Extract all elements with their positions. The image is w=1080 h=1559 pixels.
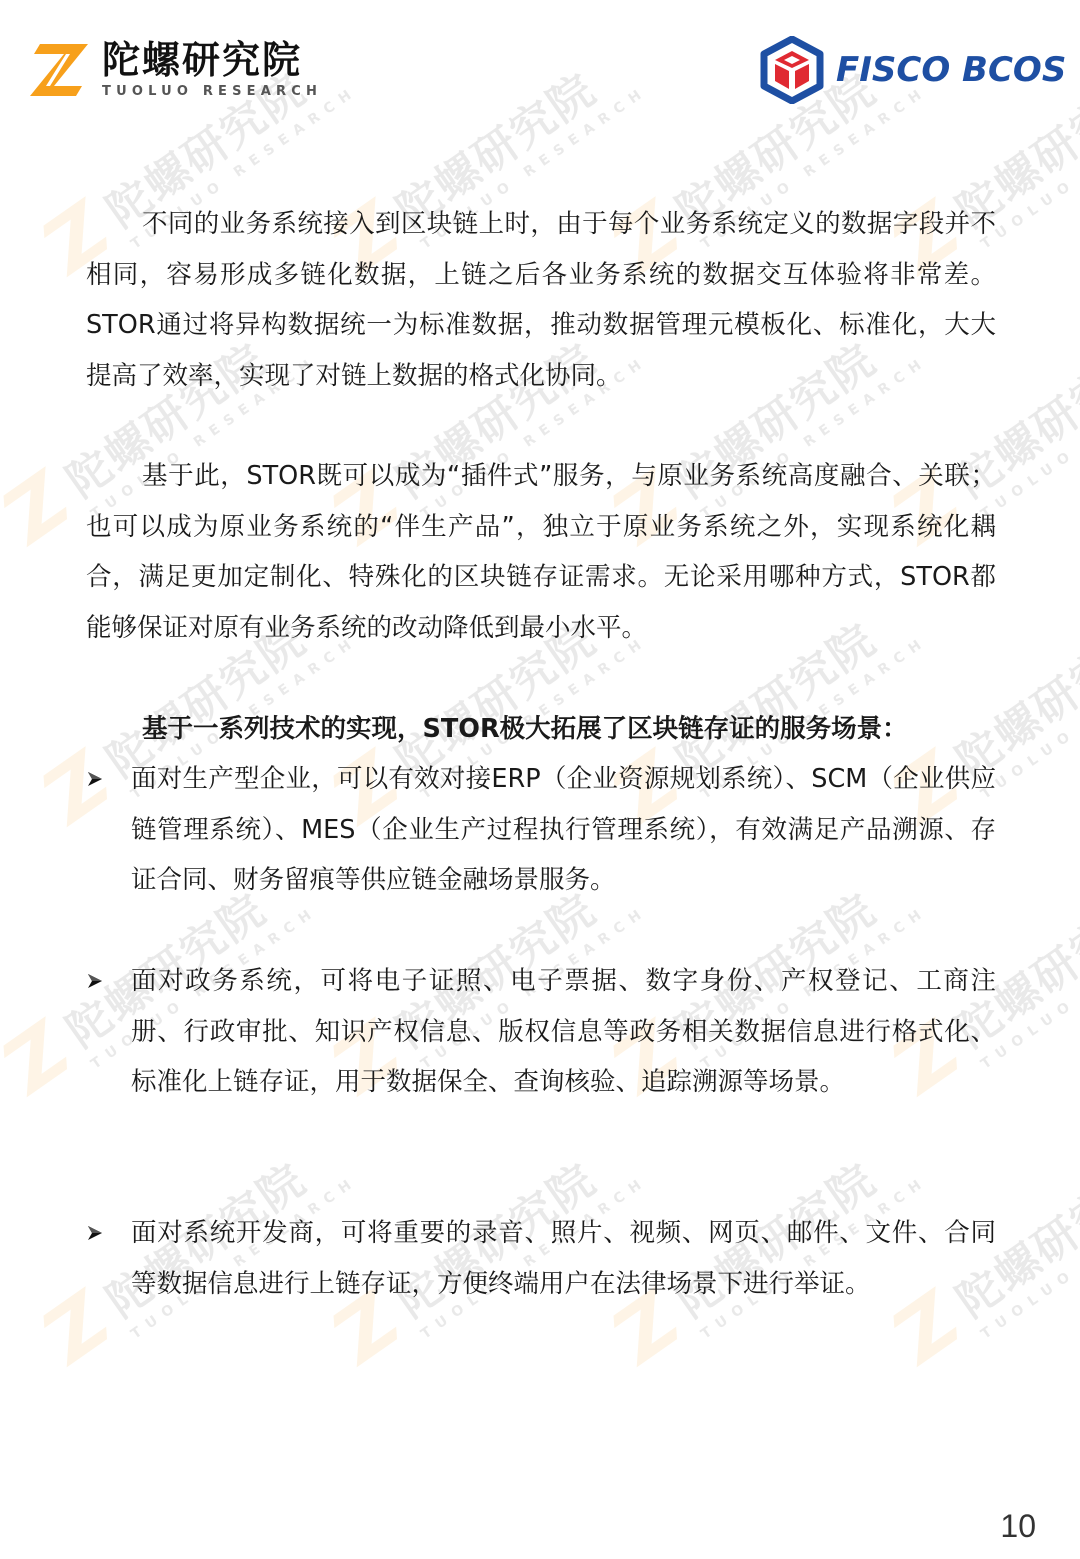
z-logo-icon [30, 42, 90, 98]
tuoluo-brand: 陀螺研究院 TUOLUO RESEARCH [30, 40, 322, 99]
list-item: 面对系统开发商，可将重要的录音、照片、视频、网页、邮件、文件、合同等数据信息进行… [86, 1208, 996, 1309]
paragraph: 不同的业务系统接入到区块链上时，由于每个业务系统定义的数据字段并不相同，容易形成… [86, 199, 996, 402]
arrow-bullet-icon [86, 956, 131, 1007]
arrow-bullet-icon [86, 1208, 131, 1259]
list-item-text: 面对政务系统，可将电子证照、电子票据、数字身份、产权登记、工商注册、行政审批、知… [131, 956, 996, 1108]
watermark-z-icon [0, 1011, 83, 1100]
list-item-text: 面对系统开发商，可将重要的录音、照片、视频、网页、邮件、文件、合同等数据信息进行… [131, 1208, 996, 1309]
list-item: 面对政务系统，可将电子证照、电子票据、数字身份、产权登记、工商注册、行政审批、知… [86, 956, 996, 1108]
fisco-bcos-wordmark: FISCO BCOS [836, 50, 1066, 90]
section-heading: 基于一系列技术的实现，STOR极大拓展了区块链存证的服务场景： [86, 704, 996, 755]
fisco-bcos-brand: FISCO BCOS [760, 36, 1066, 104]
brand-name-en: TUOLUO RESEARCH [102, 84, 322, 99]
watermark-z-icon [0, 461, 83, 550]
list-item: 面对生产型企业，可以有效对接ERP（企业资源规划系统）、SCM（企业供应链管理系… [86, 754, 996, 906]
fisco-cube-hexagon-icon [760, 36, 824, 104]
arrow-bullet-icon [86, 754, 131, 805]
paragraph: 基于此，STOR既可以成为“插件式”服务，与原业务系统高度融合、关联；也可以成为… [86, 451, 996, 654]
page-number: 10 [1000, 1508, 1036, 1545]
list-item-text: 面对生产型企业，可以有效对接ERP（企业资源规划系统）、SCM（企业供应链管理系… [131, 754, 996, 906]
page-header: 陀螺研究院 TUOLUO RESEARCH FISCO BCOS [0, 30, 1080, 110]
brand-name-cn: 陀螺研究院 [102, 40, 322, 80]
